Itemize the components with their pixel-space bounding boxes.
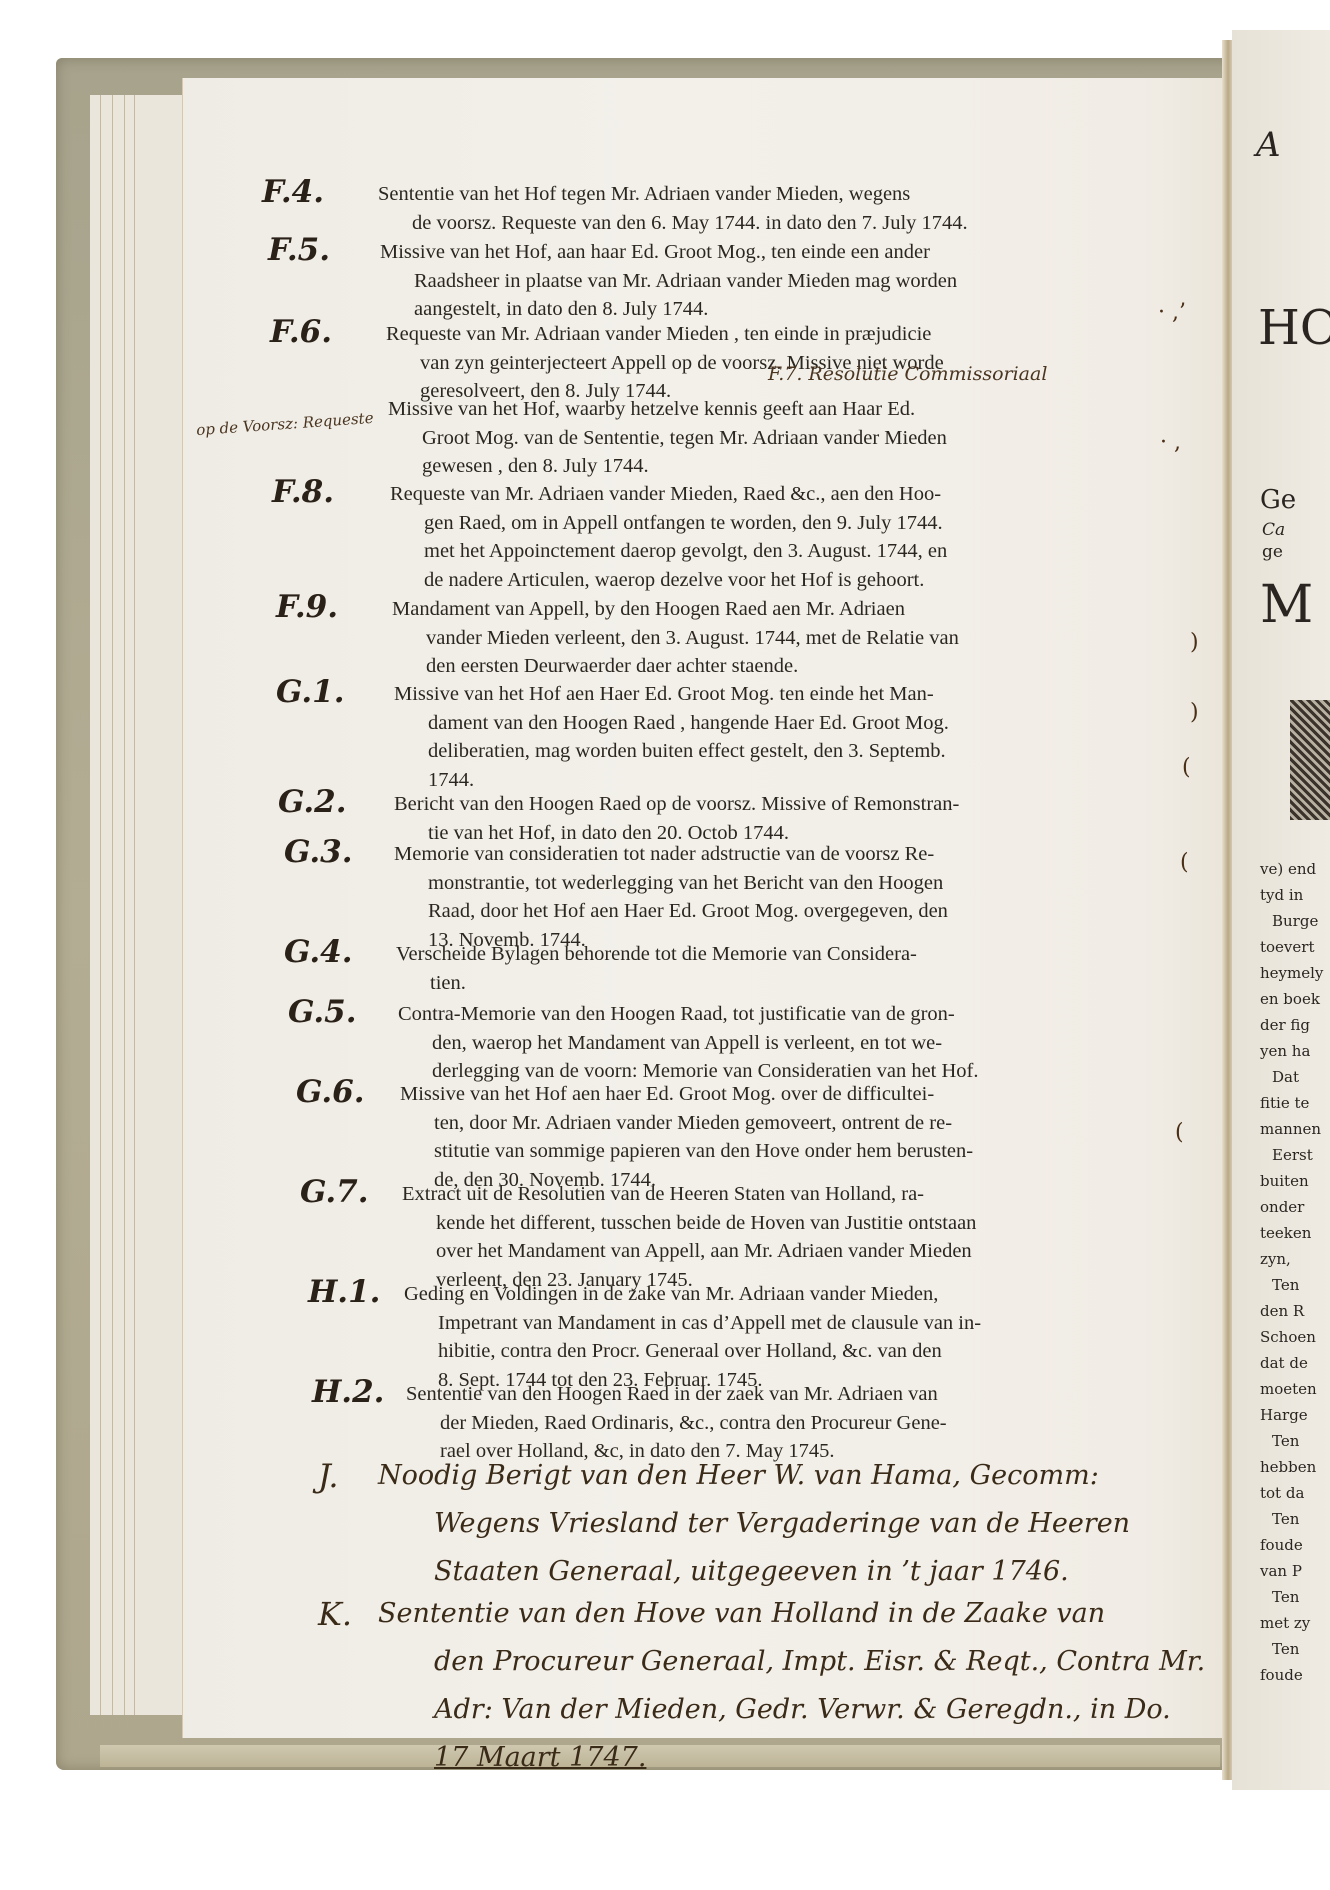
entry-text: Missive van het Hof, aan haar Ed. Groot … bbox=[380, 238, 957, 324]
entry-label: F.9. bbox=[276, 589, 338, 625]
entry-line: Groot Mog. van de Sententie, tegen Mr. A… bbox=[388, 424, 947, 453]
entry-text: Mandament van Appell, by den Hoogen Raed… bbox=[392, 595, 959, 681]
entry-label: F.8. bbox=[272, 474, 334, 510]
entry-line: vander Mieden verleent, den 3. August. 1… bbox=[392, 624, 959, 653]
entry-line: ten, door Mr. Adriaen vander Mieden gemo… bbox=[400, 1109, 973, 1138]
entry-line: dament van den Hoogen Raed , hangende Ha… bbox=[394, 709, 949, 738]
entry-line: hibitie, contra den Procr. Generaal over… bbox=[404, 1337, 981, 1366]
entry-line: Raad, door het Hof aen Haer Ed. Groot Mo… bbox=[394, 897, 948, 926]
entry-line: Raadsheer in plaatse van Mr. Adriaan van… bbox=[380, 267, 957, 296]
entry-label: H.2. bbox=[312, 1374, 384, 1410]
entry-text: Missive van het Hof aen Haer Ed. Groot M… bbox=[394, 680, 949, 794]
entry-text: Requeste van Mr. Adriaen vander Mieden, … bbox=[390, 480, 947, 594]
entry-line: de nadere Articulen, waerop dezelve voor… bbox=[390, 566, 947, 595]
handwritten-line: Noodig Berigt van den Heer W. van Hama, … bbox=[378, 1452, 1130, 1500]
entry-line: Sententie van den Hoogen Raed in der zae… bbox=[406, 1380, 947, 1409]
entry-text: Bericht van den Hoogen Raed op de voorsz… bbox=[394, 790, 959, 847]
entry-text: Sententie van het Hof tegen Mr. Adriaen … bbox=[378, 180, 968, 237]
entry-label: G.7. bbox=[300, 1174, 369, 1210]
entry-line: tien. bbox=[396, 969, 917, 998]
entry-label: G.6. bbox=[296, 1074, 365, 1110]
entry-label: G.1. bbox=[276, 674, 345, 710]
handwritten-line: Staaten Generaal, uitgegeeven in ’t jaar… bbox=[378, 1548, 1130, 1596]
entry-line: deliberatien, mag worden buiten effect g… bbox=[394, 737, 949, 766]
entry-line: de voorsz. Requeste van den 6. May 1744.… bbox=[378, 209, 968, 238]
entry-text: Missive van het Hof, waarby hetzelve ken… bbox=[388, 395, 947, 481]
entry-line: Geding en Voldingen in de zake van Mr. A… bbox=[404, 1280, 981, 1309]
entry-text: Geding en Voldingen in de zake van Mr. A… bbox=[404, 1280, 981, 1394]
entry-line: Missive van het Hof aen Haer Ed. Groot M… bbox=[394, 680, 949, 709]
entry-line: stitutie van sommige papieren van den Ho… bbox=[400, 1137, 973, 1166]
entry-line: met het Appoinctement daerop gevolgt, de… bbox=[390, 537, 947, 566]
entry-line: Contra-Memorie van den Hoogen Raad, tot … bbox=[398, 1000, 979, 1029]
entry-line: Sententie van het Hof tegen Mr. Adriaen … bbox=[378, 180, 968, 209]
entry-label: F.5. bbox=[268, 232, 330, 268]
handwritten-line: den Procureur Generaal, Impt. Eisr. & Re… bbox=[378, 1638, 1205, 1686]
entry-line: Requeste van Mr. Adriaan vander Mieden ,… bbox=[386, 320, 944, 349]
entry-line: Missive van het Hof, waarby hetzelve ken… bbox=[388, 395, 947, 424]
handwritten-label: J. bbox=[318, 1452, 339, 1500]
entry-line: der Mieden, Raed Ordinaris, &c., contra … bbox=[406, 1409, 947, 1438]
entry-line: Mandament van Appell, by den Hoogen Raed… bbox=[392, 595, 959, 624]
entry-label: H.1. bbox=[308, 1274, 380, 1310]
entry-line: Bericht van den Hoogen Raed op de voorsz… bbox=[394, 790, 959, 819]
entry-list: F.4.Sententie van het Hof tegen Mr. Adri… bbox=[0, 0, 1330, 1890]
entry-label: G.2. bbox=[278, 784, 347, 820]
entry-line: gen Raed, om in Appell ontfangen te word… bbox=[390, 509, 947, 538]
entry-line: Requeste van Mr. Adriaen vander Mieden, … bbox=[390, 480, 947, 509]
entry-label: G.4. bbox=[284, 934, 353, 970]
handwritten-line: Sententie van den Hove van Holland in de… bbox=[378, 1590, 1205, 1638]
entry-text: Missive van het Hof aen haer Ed. Groot M… bbox=[400, 1080, 973, 1194]
entry-line: Missive van het Hof aen haer Ed. Groot M… bbox=[400, 1080, 973, 1109]
handwritten-line: Adr: Van der Mieden, Gedr. Verwr. & Gere… bbox=[378, 1686, 1205, 1734]
entry-line: over het Mandament van Appell, aan Mr. A… bbox=[402, 1237, 976, 1266]
entry-line: monstrantie, tot wederlegging van het Be… bbox=[394, 869, 948, 898]
handwritten-annotation-f7: F.7. Resolutie Commissoriaal bbox=[768, 363, 1047, 385]
entry-line: Extract uit de Resolutien van de Heeren … bbox=[402, 1180, 976, 1209]
entry-text: Extract uit de Resolutien van de Heeren … bbox=[402, 1180, 976, 1294]
entry-label: F.4. bbox=[262, 174, 324, 210]
handwritten-line: Wegens Vriesland ter Vergaderinge van de… bbox=[378, 1500, 1130, 1548]
entry-label: F.6. bbox=[270, 314, 332, 350]
entry-text: Verscheide Bylagen behorende tot die Mem… bbox=[396, 940, 917, 997]
entry-line: den, waerop het Mandament van Appell is … bbox=[398, 1029, 979, 1058]
handwritten-label: K. bbox=[318, 1590, 352, 1638]
handwritten-entry: Noodig Berigt van den Heer W. van Hama, … bbox=[378, 1452, 1130, 1596]
entry-label: G.3. bbox=[284, 834, 353, 870]
entry-label: G.5. bbox=[288, 994, 357, 1030]
entry-line: gewesen , den 8. July 1744. bbox=[388, 452, 947, 481]
handwritten-line: 17 Maart 1747. bbox=[378, 1734, 1205, 1782]
entry-line: Missive van het Hof, aan haar Ed. Groot … bbox=[380, 238, 957, 267]
entry-line: Verscheide Bylagen behorende tot die Mem… bbox=[396, 940, 917, 969]
handwritten-entry: Sententie van den Hove van Holland in de… bbox=[378, 1590, 1205, 1782]
entry-text: Memorie van consideratien tot nader adst… bbox=[394, 840, 948, 954]
entry-line: kende het different, tusschen beide de H… bbox=[402, 1209, 976, 1238]
entry-line: Impetrant van Mandament in cas d’Appell … bbox=[404, 1309, 981, 1338]
entry-text: Contra-Memorie van den Hoogen Raad, tot … bbox=[398, 1000, 979, 1086]
entry-line: den eersten Deurwaerder daer achter stae… bbox=[392, 652, 959, 681]
entry-line: Memorie van consideratien tot nader adst… bbox=[394, 840, 948, 869]
